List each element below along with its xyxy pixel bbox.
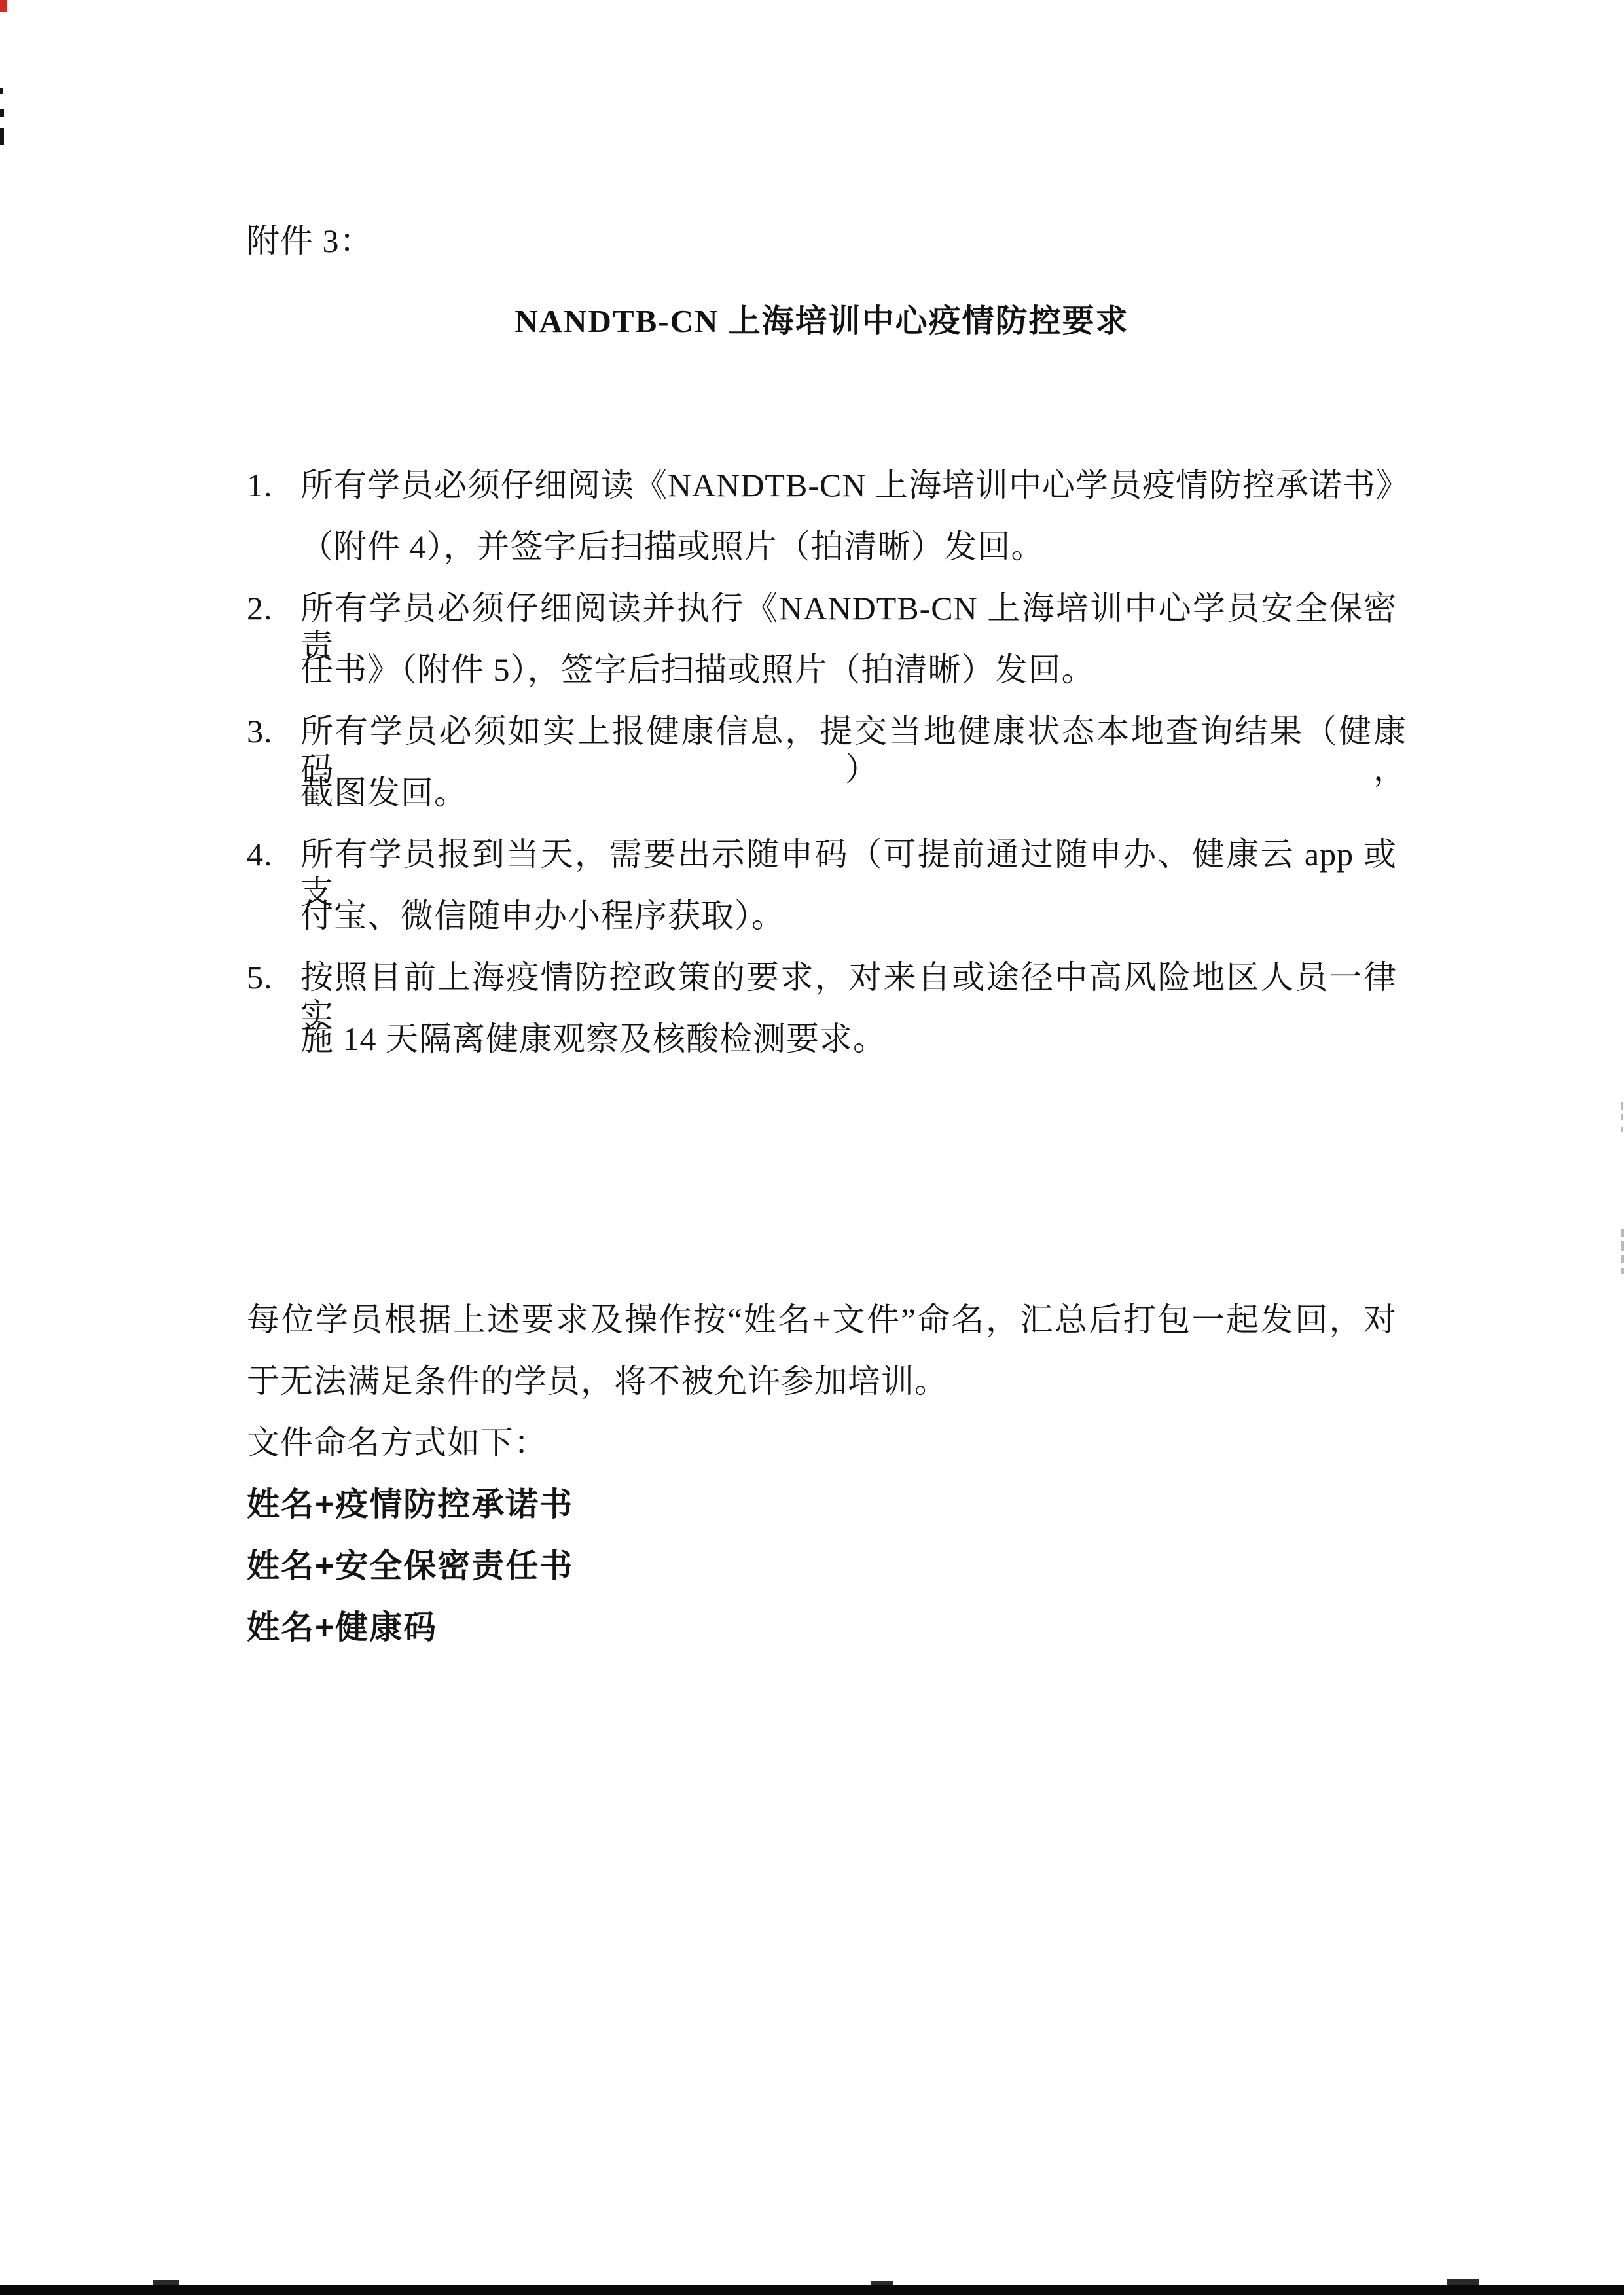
list-item-1-line-2: （附件 4），并签字后扫描或照片（拍清晰）发回。 (300, 528, 1045, 566)
list-item-1-line-1: 所有学员必须仔细阅读《NANDTB-CN 上海培训中心学员疫情防控承诺书》 (300, 467, 1397, 505)
document-page: 附件 3： NANDTB-CN 上海培训中心疫情防控要求 1. 所有学员必须仔细… (0, 0, 1624, 2295)
scan-artifact-left-edge-mark (0, 128, 4, 145)
scan-artifact-right-edge-dash (1621, 1268, 1624, 1274)
file-naming-item-3: 姓名+健康码 (247, 1609, 437, 1647)
list-item-5-line-2: 施 14 天隔离健康观察及核酸检测要求。 (300, 1021, 886, 1058)
list-item-2-number: 2. (247, 590, 273, 628)
scan-artifact-bottom-bar (0, 2285, 1624, 2295)
list-item-3-line-2: 截图发回。 (300, 774, 467, 812)
scan-artifact-right-edge-dash (1621, 1229, 1624, 1237)
list-item-4-line-2: 付宝、微信随申办小程序获取）。 (300, 897, 785, 935)
scan-artifact-left-edge-mark (0, 88, 3, 94)
list-item-2-line-2: 任书》（附件 5），签字后扫描或照片（拍清晰）发回。 (300, 651, 1095, 689)
file-naming-item-2: 姓名+安全保密责任书 (247, 1547, 573, 1585)
list-item-5-number: 5. (247, 959, 273, 997)
list-item-4-number: 4. (247, 836, 273, 874)
list-item-1-number: 1. (247, 467, 273, 505)
file-naming-item-1: 姓名+疫情防控承诺书 (247, 1486, 573, 1524)
document-title: NANDTB-CN 上海培训中心疫情防控要求 (247, 296, 1397, 342)
scan-artifact-right-edge-dash (1621, 1255, 1624, 1263)
scan-artifact-red-corner-mark (0, 0, 7, 12)
scan-artifact-right-edge-dash (1621, 1241, 1624, 1251)
list-item-3-number: 3. (247, 713, 273, 751)
scan-artifact-right-edge-dash (1621, 1127, 1623, 1132)
attachment-label: 附件 3： (247, 223, 373, 261)
closing-paragraph-line-1: 每位学员根据上述要求及操作按“姓名+文件”命名，汇总后打包一起发回，对 (247, 1301, 1397, 1339)
closing-paragraph-line-2: 于无法满足条件的学员，将不被允许参加培训。 (247, 1363, 948, 1401)
scan-artifact-right-edge-dash (1621, 1114, 1623, 1120)
file-naming-intro: 文件命名方式如下： (247, 1424, 547, 1462)
scan-artifact-right-edge-dash (1621, 1102, 1623, 1110)
scan-artifact-left-edge-mark (0, 109, 4, 117)
